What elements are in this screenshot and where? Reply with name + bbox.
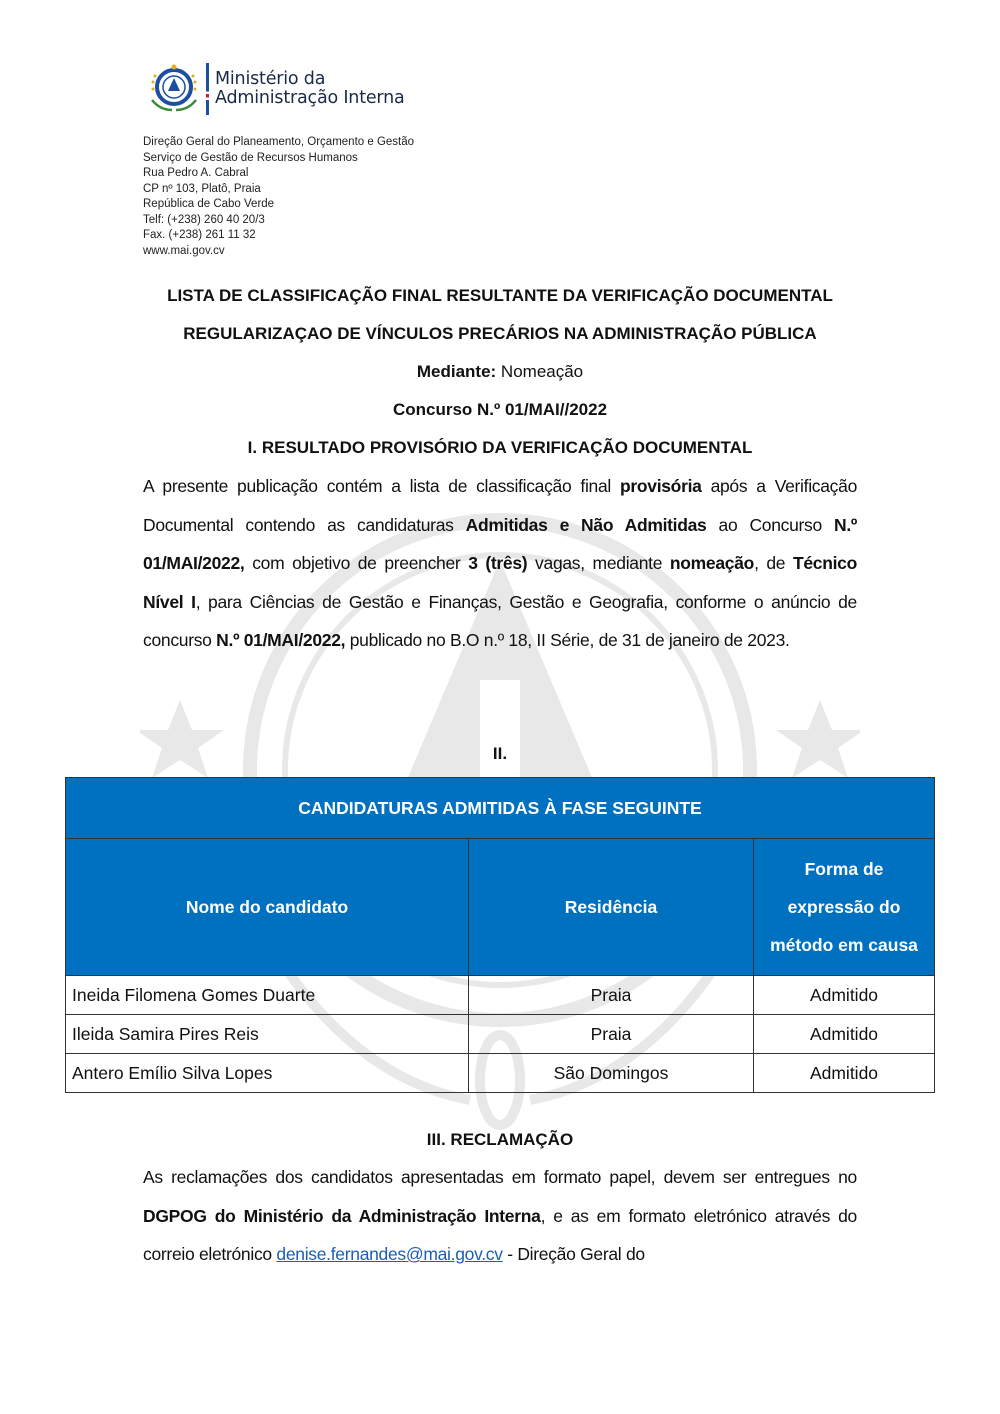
text: vagas, mediante <box>527 553 670 573</box>
text: As reclamações dos candidatos apresentad… <box>143 1167 857 1187</box>
address-line: Fax. (+238) 261 11 32 <box>143 228 414 244</box>
bold-text: N.º 01/MAI/2022, <box>216 630 345 650</box>
table-title: CANDIDATURAS ADMITIDAS À FASE SEGUINTE <box>66 778 935 839</box>
bold-text: 3 (três) <box>468 553 527 573</box>
table-row: Antero Emílio Silva Lopes São Domingos A… <box>66 1054 935 1093</box>
candidate-name: Ineida Filomena Gomes Duarte <box>66 976 469 1015</box>
column-header-name: Nome do candidato <box>66 839 469 976</box>
ministry-name: Ministério da Administração Interna <box>215 70 405 108</box>
ministry-logo: Ministério da Administração Interna <box>146 62 405 116</box>
bold-text: nomeação <box>670 553 754 573</box>
bold-text: provisória <box>620 476 702 496</box>
address-line: Serviço de Gestão de Recursos Humanos <box>143 151 414 167</box>
flag-divider <box>206 63 209 115</box>
address-line: Rua Pedro A. Cabral <box>143 166 414 182</box>
text: - Direção Geral do <box>503 1244 645 1264</box>
text: , de <box>754 553 793 573</box>
bold-text: Admitidas e Não Admitidas <box>466 515 707 535</box>
address-website: www.mai.gov.cv <box>143 244 414 260</box>
text: com objetivo de preencher <box>244 553 468 573</box>
candidate-status: Admitido <box>754 1054 935 1093</box>
document-title: LISTA DE CLASSIFICAÇÃO FINAL RESULTANTE … <box>0 286 1000 306</box>
candidate-name: Ileida Samira Pires Reis <box>66 1015 469 1054</box>
text: A presente publicação contém a lista de … <box>143 476 620 496</box>
bold-text: DGPOG do Ministério da Administração Int… <box>143 1206 541 1226</box>
email-link[interactable]: denise.fernandes@mai.gov.cv <box>276 1244 502 1264</box>
candidate-status: Admitido <box>754 1015 935 1054</box>
table-row: Ineida Filomena Gomes Duarte Praia Admit… <box>66 976 935 1015</box>
mediante-label: Mediante: <box>417 362 496 381</box>
column-header-residence: Residência <box>469 839 754 976</box>
address-line: Direção Geral do Planeamento, Orçamento … <box>143 135 414 151</box>
column-header-status: Forma de expressão do método em causa <box>754 839 935 976</box>
address-line: República de Cabo Verde <box>143 197 414 213</box>
candidates-table: CANDIDATURAS ADMITIDAS À FASE SEGUINTE N… <box>65 777 935 1093</box>
section-1-heading: I. RESULTADO PROVISÓRIO DA VERIFICAÇÃO D… <box>0 438 1000 458</box>
candidate-residence: São Domingos <box>469 1054 754 1093</box>
table-row: Ileida Samira Pires Reis Praia Admitido <box>66 1015 935 1054</box>
complaints-paragraph: As reclamações dos candidatos apresentad… <box>143 1158 857 1274</box>
text: publicado no B.O n.º 18, II Série, de 31… <box>345 630 789 650</box>
section-2-heading: II. <box>0 744 1000 764</box>
ministry-name-line1: Ministério da <box>215 70 405 89</box>
candidate-residence: Praia <box>469 976 754 1015</box>
address-line: Telf: (+238) 260 40 20/3 <box>143 213 414 229</box>
candidate-status: Admitido <box>754 976 935 1015</box>
intro-paragraph: A presente publicação contém a lista de … <box>143 467 857 660</box>
address-line: CP nº 103, Platô, Praia <box>143 182 414 198</box>
candidate-residence: Praia <box>469 1015 754 1054</box>
document-subtitle: REGULARIZAÇAO DE VÍNCULOS PRECÁRIOS NA A… <box>0 324 1000 344</box>
mediante-value: Nomeação <box>496 362 583 381</box>
coat-of-arms-icon <box>146 62 202 116</box>
mediante-line: Mediante: Nomeação <box>0 362 1000 382</box>
concurso-number: Concurso N.º 01/MAI//2022 <box>0 400 1000 420</box>
text: ao Concurso <box>707 515 834 535</box>
ministry-name-line2: Administração Interna <box>215 89 405 108</box>
candidate-name: Antero Emílio Silva Lopes <box>66 1054 469 1093</box>
address-block: Direção Geral do Planeamento, Orçamento … <box>143 135 414 259</box>
section-3-heading: III. RECLAMAÇÃO <box>0 1130 1000 1150</box>
